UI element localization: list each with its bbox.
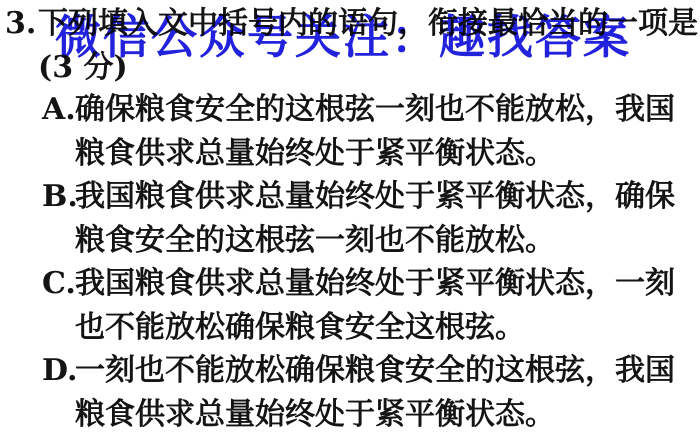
option-text-a: 确保粮食安全的这根弦一刻也不能放松，我国粮食供求总量始终处于紧平衡状态。 bbox=[75, 92, 675, 171]
option-letter-d: D. bbox=[42, 349, 75, 393]
option-letter-b: B. bbox=[42, 175, 75, 219]
option-item-a: A.确保粮食安全的这根弦一刻也不能放松，我国粮食供求总量始终处于紧平衡状态。 bbox=[42, 88, 687, 175]
option-item-b: B.我国粮食供求总量始终处于紧平衡状态，确保粮食安全的这根弦一刻也不能放松。 bbox=[42, 175, 687, 262]
option-text-c: 我国粮食供求总量始终处于紧平衡状态，一刻也不能放松确保粮食安全这根弦。 bbox=[75, 266, 675, 345]
option-text-d: 一刻也不能放松确保粮食安全的这根弦，我国粮食供求总量始终处于紧平衡状态。 bbox=[75, 353, 675, 432]
option-item-d: D.一刻也不能放松确保粮食安全的这根弦，我国粮食供求总量始终处于紧平衡状态。 bbox=[42, 349, 687, 433]
option-text-b: 我国粮食供求总量始终处于紧平衡状态，确保粮食安全的这根弦一刻也不能放松。 bbox=[75, 179, 675, 258]
question-number: 3. bbox=[5, 2, 38, 46]
scanned-exam-page: 微信公众号关注：趣找答案 3.下列填入文中括号内的语句，衔接最恰当的一项是(3 … bbox=[0, 0, 700, 433]
question-block: 3.下列填入文中括号内的语句，衔接最恰当的一项是(3 分) bbox=[5, 2, 700, 89]
option-letter-a: A. bbox=[42, 88, 75, 132]
question-text: 下列填入文中括号内的语句，衔接最恰当的一项是(3 分) bbox=[38, 6, 698, 85]
options-list: A.确保粮食安全的这根弦一刻也不能放松，我国粮食供求总量始终处于紧平衡状态。 B… bbox=[42, 88, 687, 433]
option-letter-c: C. bbox=[42, 262, 75, 306]
option-item-c: C.我国粮食供求总量始终处于紧平衡状态，一刻也不能放松确保粮食安全这根弦。 bbox=[42, 262, 687, 349]
